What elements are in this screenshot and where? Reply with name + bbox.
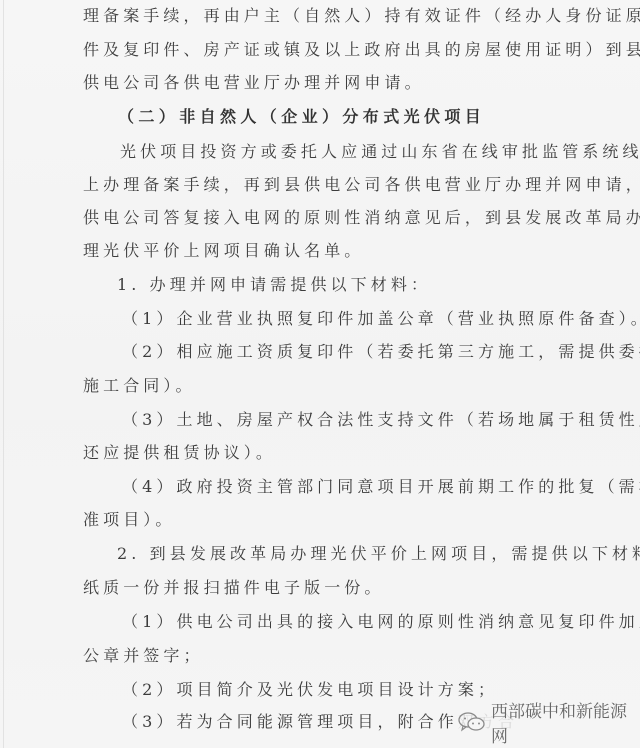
text-line: 上办理备案手续，再到县供电公司各供电营业厅办理并网申请， [83,175,640,195]
text-line: 件及复印件、房产证或镇及以上政府出具的房屋使用证明）到县 [83,40,640,60]
text-line: 供电公司答复接入电网的原则性消纳意见后，到县发展改革局办 [83,208,640,228]
text-line: 准项目）。 [83,510,176,530]
text-line: 供电公司各供电营业厅办理并网申请。 [83,73,425,93]
text-line: 光伏项目投资方或委托人应通过山东省在线审批监管系统线 [120,142,640,162]
list-heading-2: 2. 到县发展改革局办理光伏平价上网项目，需提供以下材料， [117,544,640,564]
document-page: 理备案手续，再由户主（自然人）持有效证件（经办人身份证原 件及复印件、房产证或镇… [0,0,640,748]
list-item: （1）企业营业执照复印件加盖公章（营业执照原件备查）。 [122,309,640,329]
text-line: 还应提供租赁协议）。 [83,443,276,463]
list-item: （2）项目简介及光伏发电项目设计方案； [122,680,498,700]
list-item: （3）土地、房屋产权合法性支持文件（若场地属于租赁性质 [122,410,640,430]
page-edge-divider [3,0,4,748]
list-item: （1）供电公司出具的接入电网的原则性消纳意见复印件加盖 [122,612,640,632]
text-line: 理光伏平价上网项目确认名单。 [83,241,364,261]
watermark: 西部碳中和新能源网 [455,711,640,733]
text-line: 理备案手续，再由户主（自然人）持有效证件（经办人身份证原 [83,6,640,26]
watermark-text: 西部碳中和新能源网 [491,697,640,747]
list-item: （4）政府投资主管部门同意项目开展前期工作的批复（需核 [122,477,640,497]
section-heading: （二）非自然人（企业）分布式光伏项目 [118,107,485,127]
text-line: 施工合同）。 [83,376,196,396]
list-item: （2）相应施工资质复印件（若委托第三方施工，需提供委托 [122,342,640,362]
wechat-icon [457,711,487,733]
text-line: 纸质一份并报扫描件电子版一份。 [83,578,385,598]
text-line: 公章并签字； [83,646,204,666]
list-heading-1: 1. 办理并网申请需提供以下材料： [117,275,431,295]
